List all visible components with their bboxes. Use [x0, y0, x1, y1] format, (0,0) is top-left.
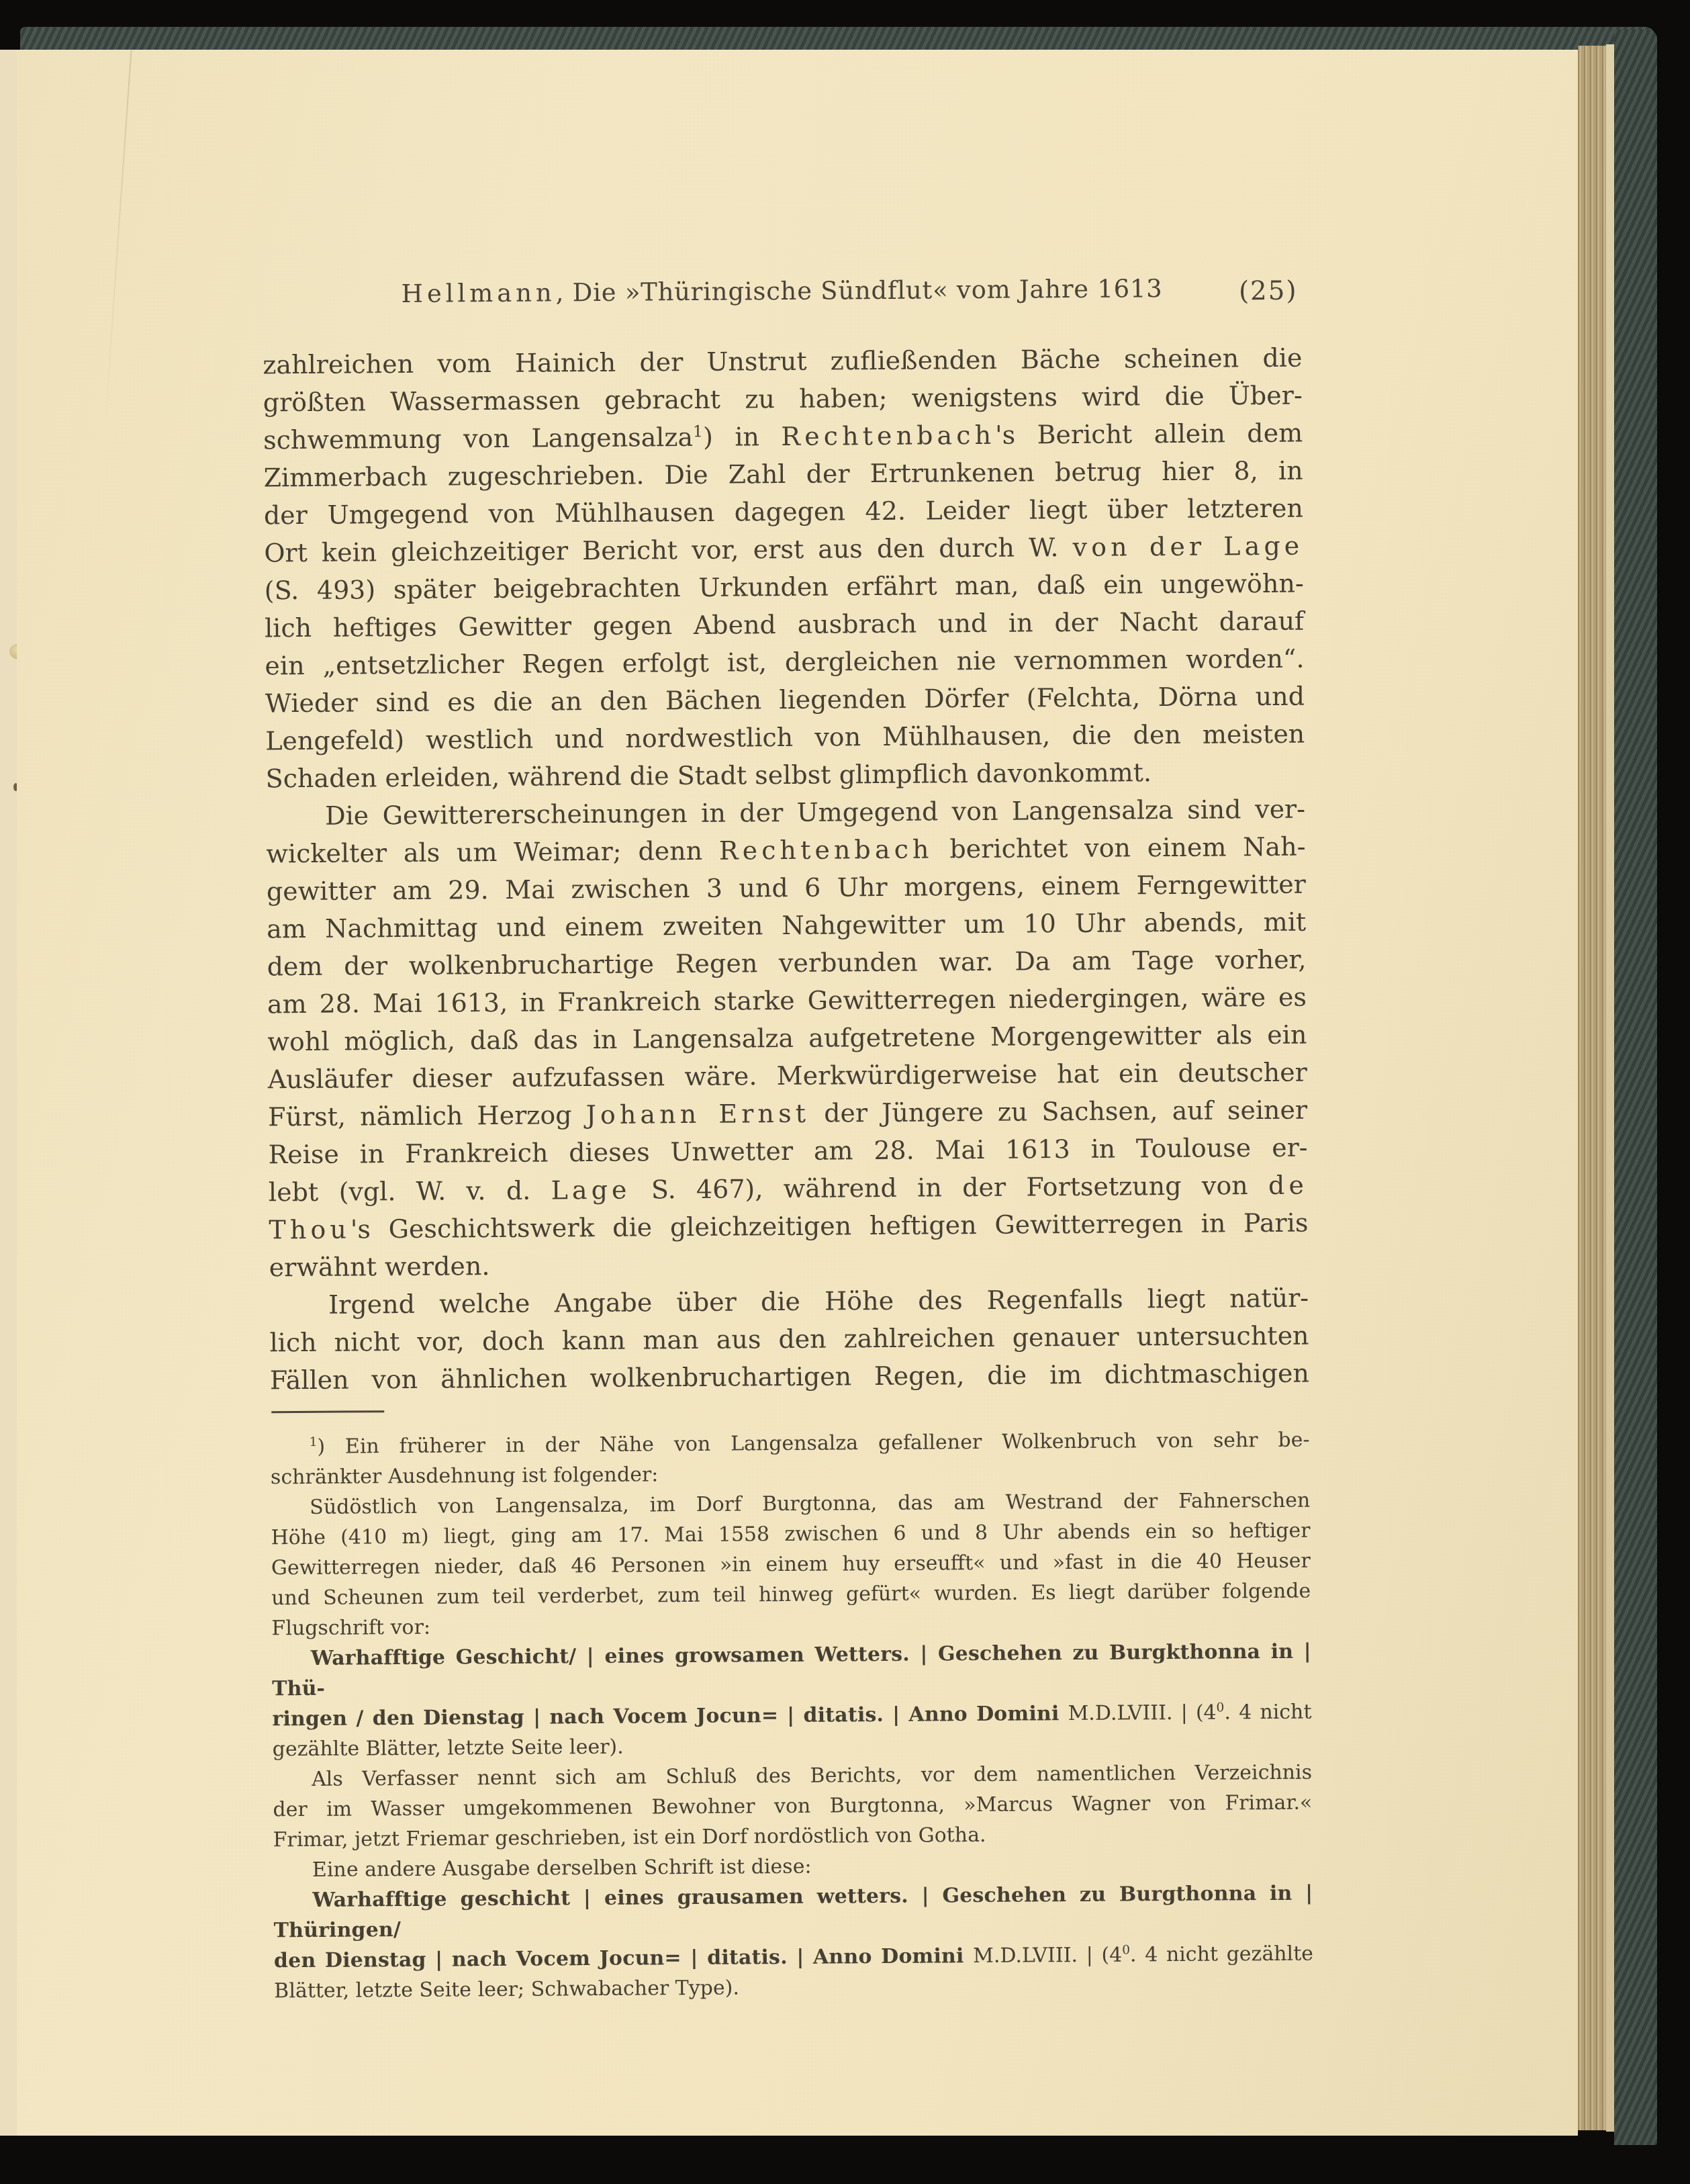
footnote-paragraph: 1) Ein früherer in der Nähe von Langensa… [270, 1425, 1310, 1493]
book-cover-top-edge [20, 27, 1656, 51]
header-author: Hellmann [402, 278, 556, 308]
text-line: Warhafftige Geschicht/ | eines growsamen… [272, 1637, 1312, 1704]
footnote-text: 1) Ein früherer in der Nähe von Langensa… [270, 1425, 1313, 2007]
book-cover-right-edge [1614, 30, 1657, 2145]
body-paragraph: zahlreichen vom Hainich der Unstrut zufl… [263, 339, 1305, 798]
page-number: (25) [1239, 276, 1298, 307]
page-crease [104, 50, 132, 426]
footnote-paragraph: Als Verfasser nennt sich am Schluß des B… [273, 1758, 1313, 1856]
header-title: , Die »Thüringische Sündflut« vom Jahre … [556, 274, 1163, 307]
text-line: Thou's Geschichtswerk die gleichzeitigen… [269, 1204, 1308, 1249]
footnote-paragraph: Warhafftige geschicht | eines grausamen … [273, 1878, 1313, 2007]
superscript: 0 [1122, 1943, 1130, 1957]
footnote-separator [271, 1410, 384, 1413]
page-content: Hellmann, Die »Thüringische Sündflut« vo… [262, 226, 1313, 2007]
page-block-edge-highlight [1606, 44, 1614, 2132]
book-page: Hellmann, Die »Thüringische Sündflut« vo… [17, 50, 1578, 2136]
body-paragraph: Die Gewittererscheinungen in der Umgegen… [266, 790, 1309, 1287]
footnote-paragraph: Südöstlich von Langensalza, im Dorf Burg… [271, 1486, 1311, 1644]
footnote-paragraph: Warhafftige Geschicht/ | eines growsamen… [272, 1637, 1312, 1765]
text-line: Warhafftige geschicht | eines grausamen … [273, 1878, 1313, 1946]
superscript: 1 [310, 1435, 318, 1449]
page-block-edges [1578, 46, 1606, 2130]
text-line: Blätter, letzte Seite leer; Schwabacher … [274, 1969, 1313, 2007]
running-header: Hellmann, Die »Thüringische Sündflut« vo… [263, 273, 1302, 316]
body-text: zahlreichen vom Hainich der Unstrut zufl… [263, 339, 1309, 1400]
body-paragraph: Irgend welche Angabe über die Höhe des R… [269, 1279, 1309, 1400]
facing-page-sliver [0, 50, 18, 2136]
superscript: 0 [1216, 1700, 1224, 1715]
scanned-book-photo: Hellmann, Die »Thüringische Sündflut« vo… [0, 0, 1690, 2184]
superscript: 1 [693, 422, 703, 441]
text-line: Fällen von ähnlichen wolkenbruchartigen … [270, 1355, 1309, 1400]
